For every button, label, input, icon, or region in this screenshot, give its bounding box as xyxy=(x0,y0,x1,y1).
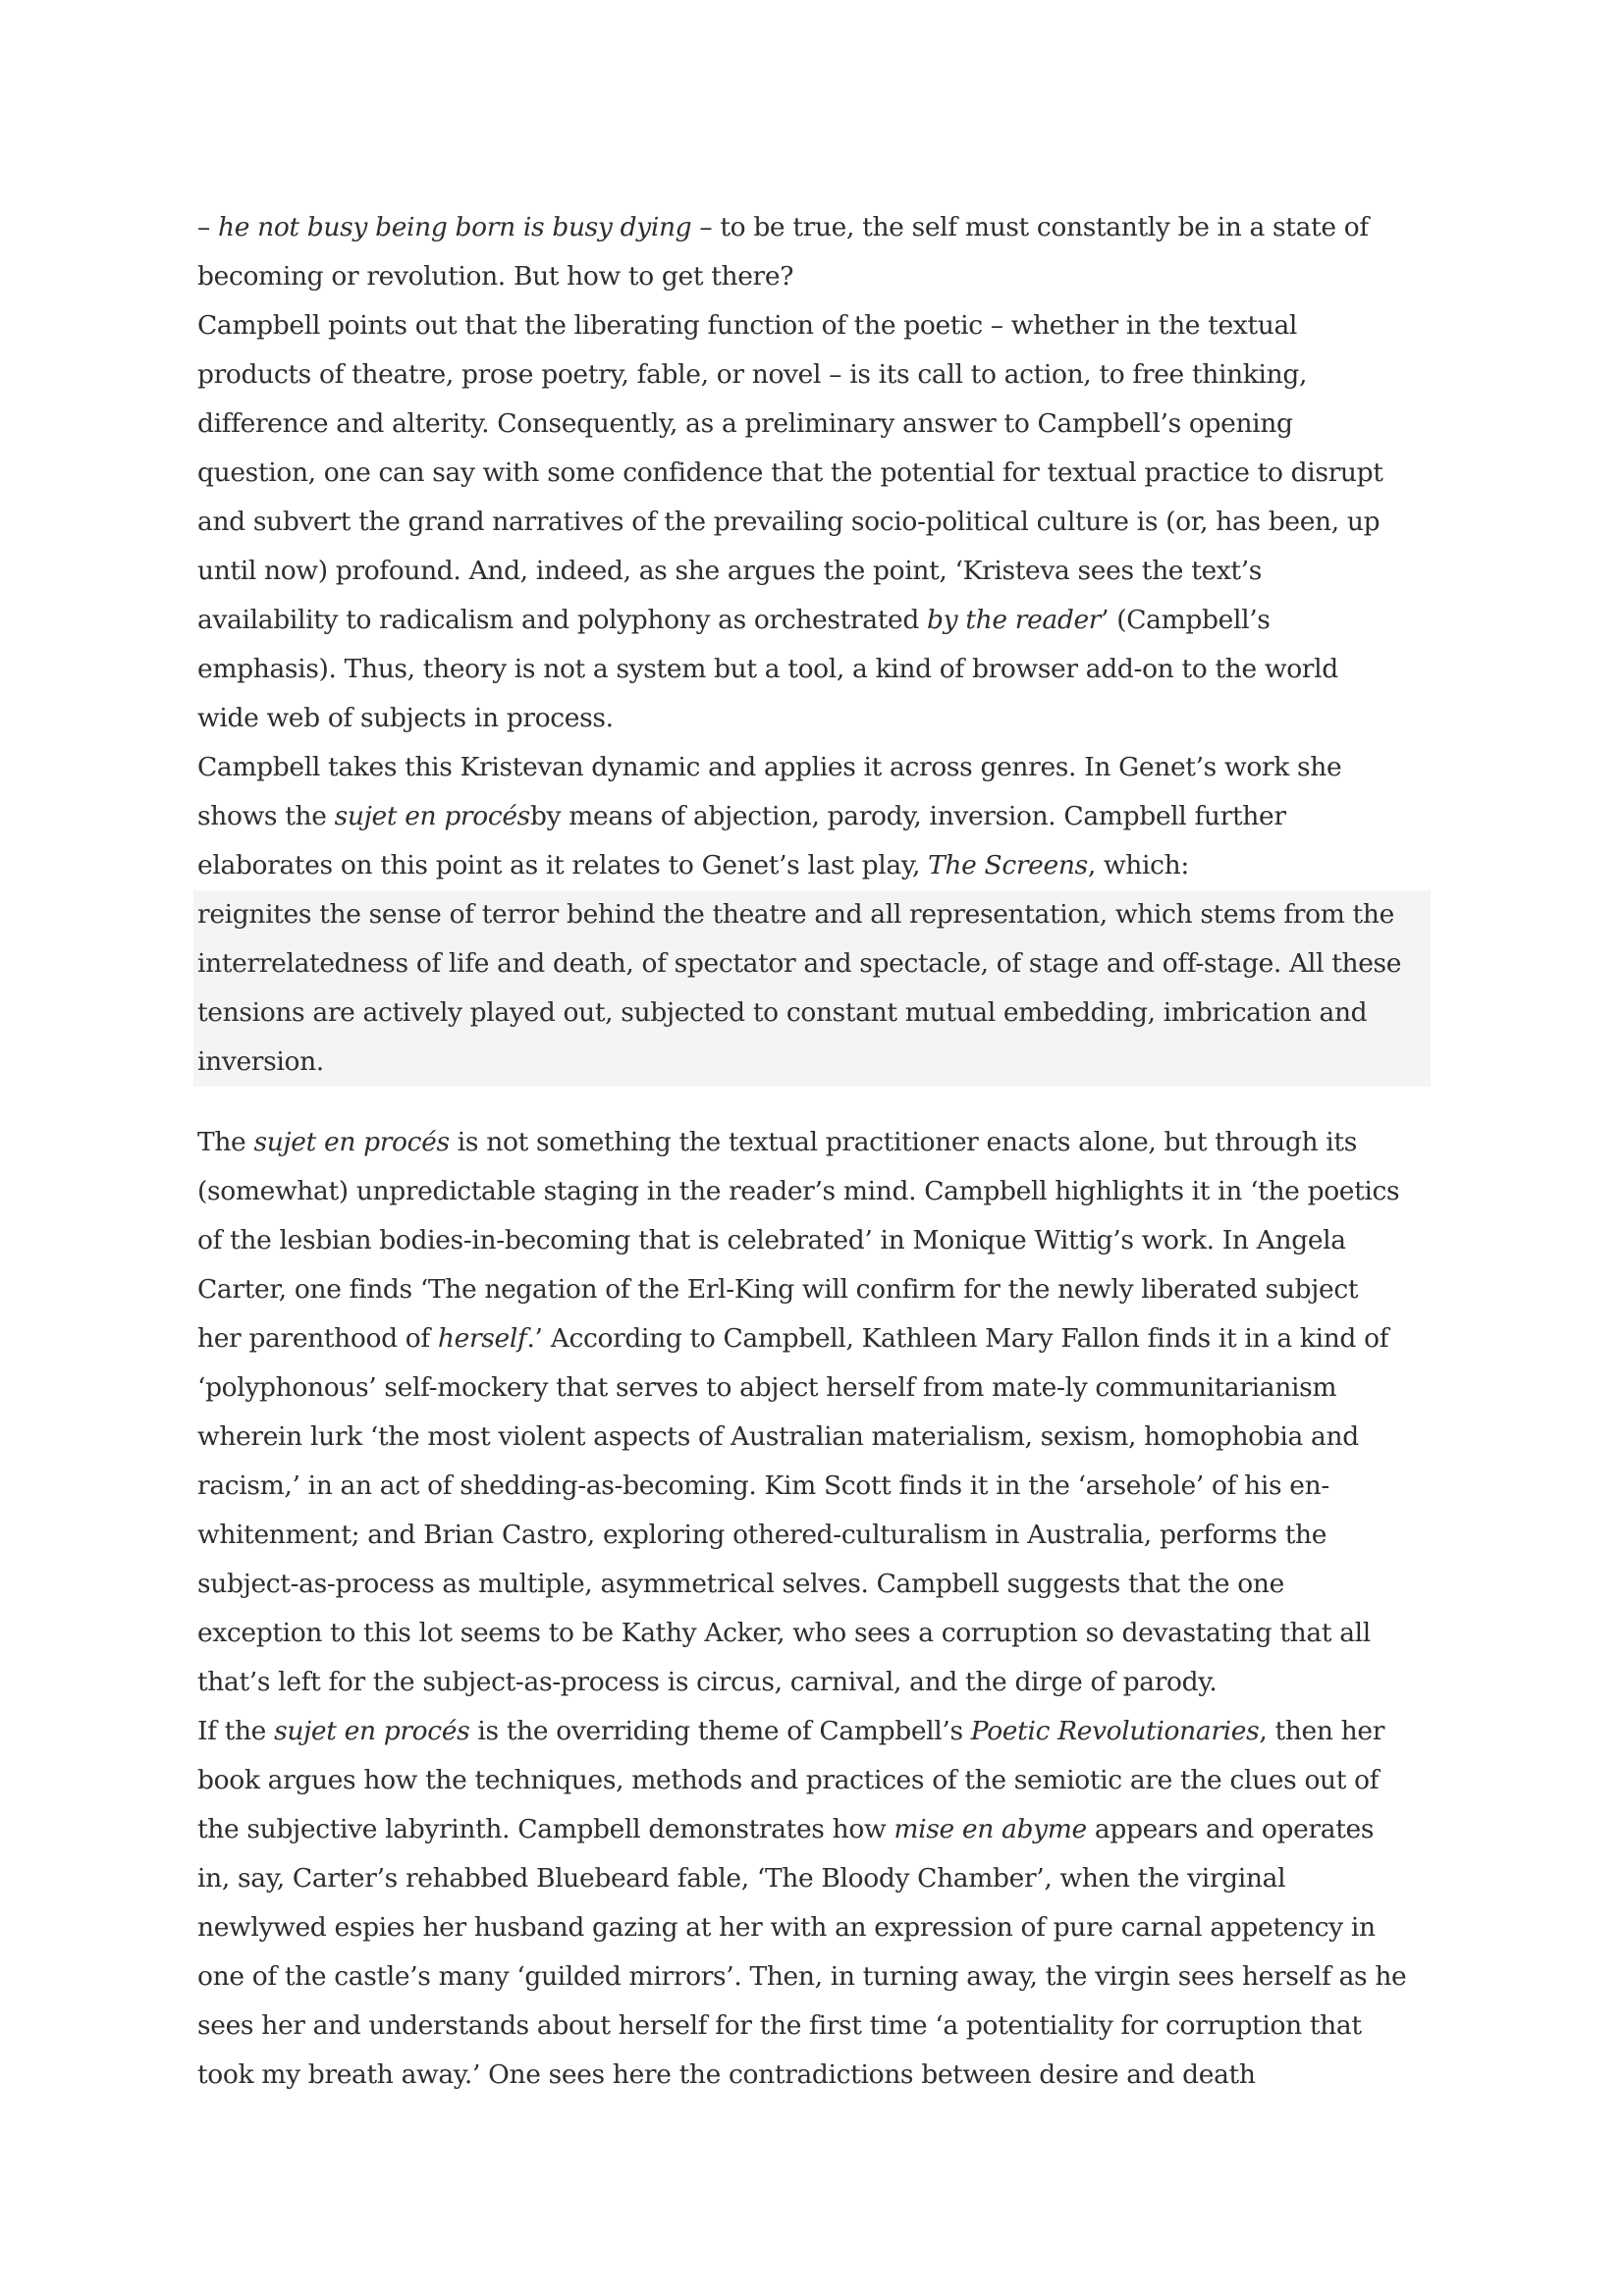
paragraph: The sujet en procés is not something the… xyxy=(197,1118,1435,1707)
text-segment: is the overriding theme of Campbell’s xyxy=(469,1716,970,1746)
text-line: products of theatre, prose poetry, fable… xyxy=(197,350,1435,400)
text-line: – he not busy being born is busy dying –… xyxy=(197,203,1435,252)
text-segment: in, say, Carter’s rehabbed Bluebeard fab… xyxy=(197,1863,1285,1894)
text-line: Carter, one finds ‘The negation of the E… xyxy=(197,1265,1435,1314)
text-line: of the lesbian bodies-in-becoming that i… xyxy=(197,1216,1435,1265)
text-segment: her parenthood of xyxy=(197,1323,438,1354)
text-segment: elaborates on this point as it relates t… xyxy=(197,850,928,881)
text-segment: reignites the sense of terror behind the… xyxy=(197,899,1394,930)
text-line: the subjective labyrinth. Campbell demon… xyxy=(197,1805,1435,1854)
text-line: in, say, Carter’s rehabbed Bluebeard fab… xyxy=(197,1854,1435,1903)
italic-text: Poetic Revolutionaries xyxy=(971,1716,1260,1746)
text-segment: difference and alterity. Consequently, a… xyxy=(197,408,1293,439)
text-segment: sees her and understands about herself f… xyxy=(197,2010,1362,2041)
text-line: racism,’ in an act of shedding-as-becomi… xyxy=(197,1462,1435,1511)
text-segment: If the xyxy=(197,1716,274,1746)
text-segment: whitenment; and Brian Castro, exploring … xyxy=(197,1520,1326,1550)
text-segment: wherein lurk ‘the most violent aspects o… xyxy=(197,1421,1359,1452)
text-line: subject-as-process as multiple, asymmetr… xyxy=(197,1560,1435,1609)
text-line: difference and alterity. Consequently, a… xyxy=(197,400,1435,449)
text-line: Campbell takes this Kristevan dynamic an… xyxy=(197,743,1435,792)
text-segment: products of theatre, prose poetry, fable… xyxy=(197,359,1307,390)
paragraph: Campbell points out that the liberating … xyxy=(197,301,1435,743)
text-segment: interrelatedness of life and death, of s… xyxy=(197,948,1401,979)
text-segment: ’ (Campbell’s xyxy=(1101,605,1270,635)
text-line: inversion. xyxy=(197,1038,1431,1087)
text-segment: Carter, one finds ‘The negation of the E… xyxy=(197,1274,1358,1305)
text-line: exception to this lot seems to be Kathy … xyxy=(197,1609,1435,1658)
text-line: shows the sujet en procésby means of abj… xyxy=(197,792,1435,841)
text-line: newlywed espies her husband gazing at he… xyxy=(197,1903,1435,1952)
text-segment: one of the castle’s many ‘guilded mirror… xyxy=(197,1961,1406,1992)
italic-text: sujet en procés xyxy=(335,801,530,831)
paragraph: Campbell takes this Kristevan dynamic an… xyxy=(197,743,1435,890)
text-segment: .’ According to Campbell, Kathleen Mary … xyxy=(526,1323,1388,1354)
text-line: Campbell points out that the liberating … xyxy=(197,301,1435,350)
text-line: elaborates on this point as it relates t… xyxy=(197,841,1435,890)
italic-text: sujet en procés xyxy=(253,1127,449,1157)
italic-text: The Screens xyxy=(928,850,1088,881)
text-segment: ‘polyphonous’ self-mockery that serves t… xyxy=(197,1372,1336,1403)
italic-text: he not busy being born is busy dying xyxy=(218,212,691,242)
text-segment: availability to radicalism and polyphony… xyxy=(197,605,927,635)
paragraph: – he not busy being born is busy dying –… xyxy=(197,203,1435,301)
text-line: availability to radicalism and polyphony… xyxy=(197,596,1435,645)
text-segment: inversion. xyxy=(197,1046,324,1077)
paragraph-spacer xyxy=(197,1087,1435,1118)
text-line: (somewhat) unpredictable staging in the … xyxy=(197,1167,1435,1216)
text-line: one of the castle’s many ‘guilded mirror… xyxy=(197,1952,1435,2002)
text-line: emphasis). Thus, theory is not a system … xyxy=(197,645,1435,694)
text-line: reignites the sense of terror behind the… xyxy=(197,890,1431,939)
text-segment: the subjective labyrinth. Campbell demon… xyxy=(197,1814,893,1844)
document-page: – he not busy being born is busy dying –… xyxy=(0,0,1624,2296)
text-line: whitenment; and Brian Castro, exploring … xyxy=(197,1511,1435,1560)
text-segment: , which: xyxy=(1088,850,1189,881)
text-segment: – to be true, the self must constantly b… xyxy=(691,212,1369,242)
text-segment: that’s left for the subject-as-process i… xyxy=(197,1667,1217,1697)
text-segment: exception to this lot seems to be Kathy … xyxy=(197,1618,1371,1648)
text-line: her parenthood of herself.’ According to… xyxy=(197,1314,1435,1363)
text-segment: shows the xyxy=(197,801,335,831)
text-line: If the sujet en procés is the overriding… xyxy=(197,1707,1435,1756)
italic-text: sujet en procés xyxy=(274,1716,469,1746)
text-segment: tensions are actively played out, subjec… xyxy=(197,997,1367,1028)
text-line: question, one can say with some confiden… xyxy=(197,449,1435,498)
text-line: took my breath away.’ One sees here the … xyxy=(197,2051,1435,2100)
text-line: until now) profound. And, indeed, as she… xyxy=(197,547,1435,596)
text-segment: wide web of subjects in process. xyxy=(197,703,614,733)
document-body: – he not busy being born is busy dying –… xyxy=(197,203,1435,2100)
text-segment: – xyxy=(197,212,218,242)
text-line: that’s left for the subject-as-process i… xyxy=(197,1658,1435,1707)
text-segment: is not something the textual practitione… xyxy=(450,1127,1357,1157)
text-line: ‘polyphonous’ self-mockery that serves t… xyxy=(197,1363,1435,1413)
text-line: interrelatedness of life and death, of s… xyxy=(197,939,1431,988)
text-segment: Campbell points out that the liberating … xyxy=(197,310,1297,341)
text-segment: (somewhat) unpredictable staging in the … xyxy=(197,1176,1399,1206)
text-segment: Campbell takes this Kristevan dynamic an… xyxy=(197,752,1341,782)
text-segment: by means of abjection, parody, inversion… xyxy=(530,801,1286,831)
italic-text: mise en abyme xyxy=(893,1814,1086,1844)
text-segment: book argues how the techniques, methods … xyxy=(197,1765,1379,1795)
text-line: The sujet en procés is not something the… xyxy=(197,1118,1435,1167)
text-line: wide web of subjects in process. xyxy=(197,694,1435,743)
text-line: wherein lurk ‘the most violent aspects o… xyxy=(197,1413,1435,1462)
text-segment: question, one can say with some confiden… xyxy=(197,457,1383,488)
italic-text: herself xyxy=(438,1323,527,1354)
text-segment: emphasis). Thus, theory is not a system … xyxy=(197,654,1338,684)
text-segment: becoming or revolution. But how to get t… xyxy=(197,261,793,292)
text-line: becoming or revolution. But how to get t… xyxy=(197,252,1435,301)
text-segment: of the lesbian bodies-in-becoming that i… xyxy=(197,1225,1346,1255)
text-line: tensions are actively played out, subjec… xyxy=(197,988,1431,1038)
text-line: sees her and understands about herself f… xyxy=(197,2002,1435,2051)
text-segment: , then her xyxy=(1259,1716,1384,1746)
text-segment: until now) profound. And, indeed, as she… xyxy=(197,556,1262,586)
text-segment: newlywed espies her husband gazing at he… xyxy=(197,1912,1376,1943)
text-segment: and subvert the grand narratives of the … xyxy=(197,507,1380,537)
block-quote: reignites the sense of terror behind the… xyxy=(193,890,1431,1087)
text-segment: The xyxy=(197,1127,253,1157)
italic-text: by the reader xyxy=(927,605,1101,635)
text-segment: racism,’ in an act of shedding-as-becomi… xyxy=(197,1470,1329,1501)
text-line: book argues how the techniques, methods … xyxy=(197,1756,1435,1805)
text-segment: took my breath away.’ One sees here the … xyxy=(197,2059,1256,2090)
text-segment: subject-as-process as multiple, asymmetr… xyxy=(197,1569,1284,1599)
paragraph: If the sujet en procés is the overriding… xyxy=(197,1707,1435,2100)
text-segment: appears and operates xyxy=(1087,1814,1374,1844)
text-line: and subvert the grand narratives of the … xyxy=(197,498,1435,547)
